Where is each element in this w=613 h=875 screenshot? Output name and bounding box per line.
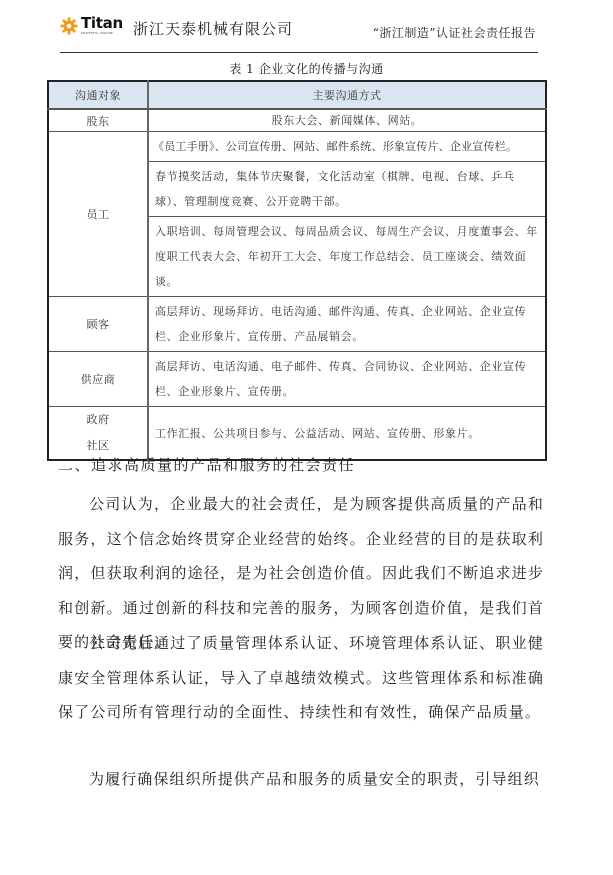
row-target: 员工 [48,132,148,297]
page-header: Titan POWERFUL ENGINE 浙江天泰机械有限公司 “浙江制造”认… [60,10,536,44]
row-target: 股东 [48,109,148,132]
row-target: 供应商 [48,352,148,407]
column-header-target: 沟通对象 [48,81,148,109]
table-row: 顾客 高层拜访、现场拜访、电话沟通、邮件沟通、传真、企业网站、企业宣传栏、企业形… [48,297,546,352]
table-row: 供应商 高层拜访、电话沟通、电子邮件、传真、合同协议、企业网站、企业宣传栏、企业… [48,352,546,407]
row-methods: 入职培训、每周管理会议、每周品质会议、每周生产会议、月度董事会、年度职工代表大会… [148,217,546,297]
company-name: 浙江天泰机械有限公司 [133,18,293,39]
header-divider [60,52,538,53]
table-row: 员工 《员工手册》、公司宣传册、网站、邮件系统、形象宣传片、企业宣传栏。 [48,132,546,162]
table-caption: 表 1 企业文化的传播与沟通 [0,60,613,77]
table-row: 政府 社区 工作汇报、公共项目参与、公益活动、网站、宣传册、形象片。 [48,407,546,461]
column-header-method: 主要沟通方式 [148,81,546,109]
row-methods: 股东大会、新闻媒体、网站。 [148,109,546,132]
report-title: “浙江制造”认证社会责任报告 [373,24,536,41]
table-header-row: 沟通对象 主要沟通方式 [48,81,546,109]
logo-tagline: POWERFUL ENGINE [81,32,123,35]
body-paragraph: 公司先后通过了质量管理体系认证、环境管理体系认证、职业健康安全管理体系认证，导入… [58,626,544,730]
body-paragraph: 为履行确保组织所提供产品和服务的质量安全的职责，引导组织 [58,762,544,797]
gear-icon [60,17,78,35]
table-row: 股东 股东大会、新闻媒体、网站。 [48,109,546,132]
company-logo: Titan POWERFUL ENGINE [60,16,123,35]
row-target-line: 政府 [55,407,141,433]
row-target: 政府 社区 [48,407,148,461]
section-heading: 二、追求高质量的产品和服务的社会责任 [58,454,355,475]
row-methods: 高层拜访、现场拜访、电话沟通、邮件沟通、传真、企业网站、企业宣传栏、企业形象片、… [148,297,546,352]
logo-name: Titan [81,16,123,31]
row-methods: 高层拜访、电话沟通、电子邮件、传真、合同协议、企业网站、企业宣传栏、企业形象片、… [148,352,546,407]
communication-table: 沟通对象 主要沟通方式 股东 股东大会、新闻媒体、网站。 员工 《员工手册》、公… [47,80,547,461]
row-target: 顾客 [48,297,148,352]
row-methods: 《员工手册》、公司宣传册、网站、邮件系统、形象宣传片、企业宣传栏。 [148,132,546,162]
row-methods: 工作汇报、公共项目参与、公益活动、网站、宣传册、形象片。 [148,407,546,461]
row-methods: 春节摸奖活动，集体节庆聚餐，文化活动室（棋牌、电视、台球、乒乓球）、管理制度竞赛… [148,162,546,217]
